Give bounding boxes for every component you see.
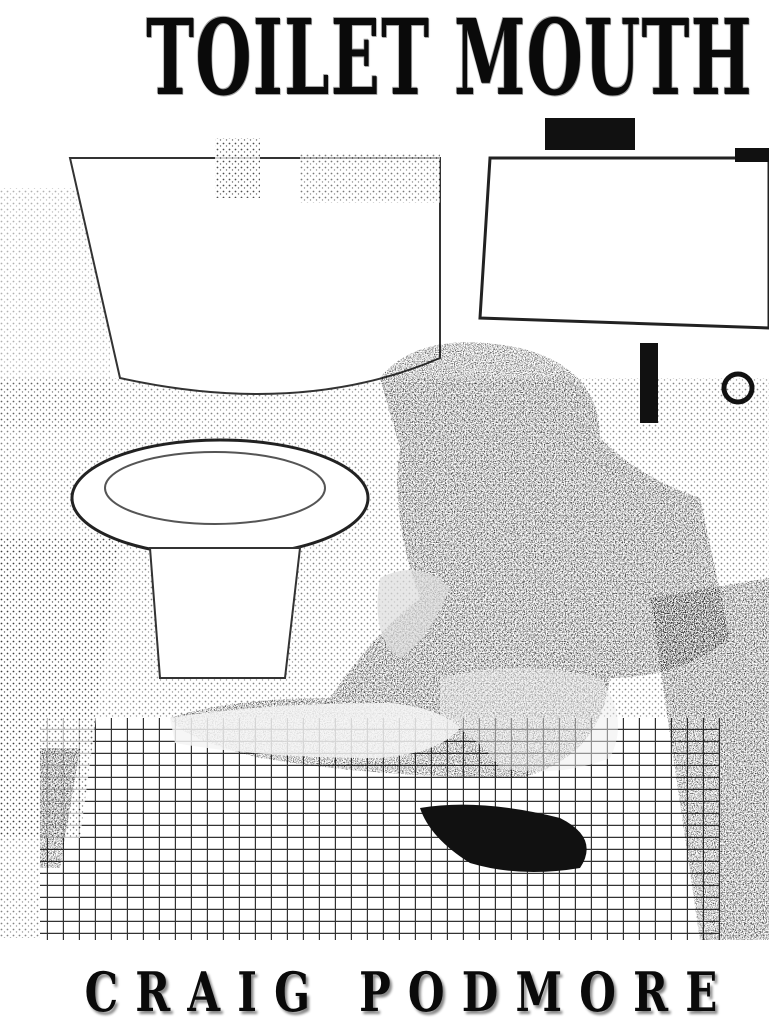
cover-photo xyxy=(0,118,769,940)
author-name: CRAIG PODMORE xyxy=(85,962,685,1022)
book-title: TOILET MOUTH xyxy=(146,2,623,114)
book-cover: TOILET MOUTH xyxy=(0,0,769,1024)
